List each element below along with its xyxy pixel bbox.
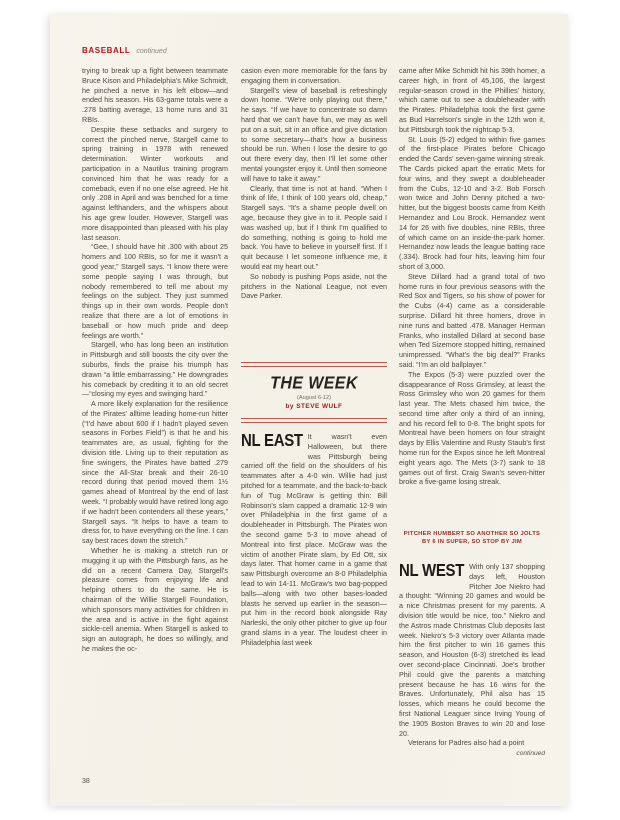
paragraph: Despite these setbacks and surgery to co… [82,125,228,243]
continued-label: continued [136,48,166,55]
column-title: THE WEEK [241,374,387,393]
continued-marker: continued [399,749,545,759]
stat-callout: PITCHER HUMBERT SO ANOTHER SO JOLTS BY 6… [399,530,545,546]
magazine-page-scan: { "header": { "section": "BASEBALL", "co… [0,0,620,820]
stat-callout-line: BY 6 IN SUPER, SO STOP BY JIM [399,538,545,546]
paragraph: “Gee, I should have hit .300 with about … [82,242,228,340]
section-label: BASEBALL [82,46,130,55]
paragraph: trying to break up a fight between teamm… [82,66,228,125]
body-column-right: came after Mike Schmidt hit his 39th hom… [399,66,545,524]
paragraph: Clearly, that time is not at hand. “When… [241,184,387,272]
paragraph: A more likely explanation for the resili… [82,399,228,546]
paragraph: came after Mike Schmidt hit his 39th hom… [399,66,545,135]
nl-east-lead-paragraph: NL EASTIt wasn't even Halloween, but the… [241,432,387,648]
paragraph: The Expos (5-3) were puzzled over the di… [399,370,545,488]
page-number: 38 [82,778,90,785]
paragraph: Stargell, who has long been an instituti… [82,340,228,399]
nl-west-lead-paragraph: NL WESTWith only 137 shopping days left,… [399,562,545,738]
paragraph: Steve Dillard had a grand total of two h… [399,272,545,370]
nl-east-heading: NL EAST [241,432,303,453]
paragraph: Whether he is making a stretch run or mu… [82,546,228,654]
paragraph: St. Louis (5-2) edged to within five gam… [399,135,545,272]
bottom-double-rule [241,418,387,423]
nl-east-section: NL EASTIt wasn't even Halloween, but the… [241,432,387,740]
body-column-left: trying to break up a fight between teamm… [82,66,228,774]
nl-east-body: It wasn't even Halloween, but there was … [241,432,387,647]
the-week-column-header: THE WEEK (August 6-12) by STEVE WULF [241,362,387,423]
nl-west-heading: NL WEST [399,562,464,583]
paragraph: So nobody is pushing Pops aside, not the… [241,272,387,301]
paragraph: casion even more memorable for the fans … [241,66,387,86]
nl-west-body: With only 137 shopping days left, Housto… [399,562,545,738]
week-date-range: (August 6-12) [241,395,387,401]
top-double-rule [241,362,387,367]
paragraph: Stargell's view of baseball is refreshin… [241,86,387,184]
nl-west-section: NL WESTWith only 137 shopping days left,… [399,562,545,774]
body-column-middle: casion even more memorable for the fans … [241,66,387,360]
stat-callout-line: PITCHER HUMBERT SO ANOTHER SO JOLTS [399,530,545,538]
byline: by STEVE WULF [241,403,387,410]
running-header: BASEBALLcontinued [82,40,167,58]
paragraph: Veterans for Padres also had a point [399,738,545,748]
magazine-paper-sheet: BASEBALLcontinued trying to break up a f… [50,14,568,806]
